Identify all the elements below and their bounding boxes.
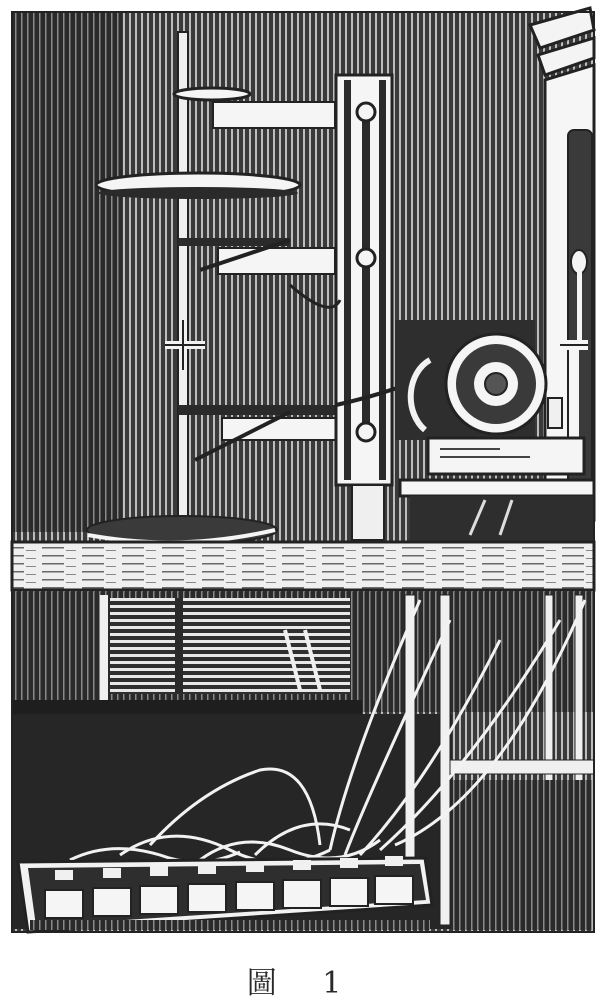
engraving-illustration xyxy=(0,0,606,945)
figure-caption: 圖 1 xyxy=(0,958,606,1002)
top-disc xyxy=(174,88,250,100)
battery-array xyxy=(18,856,432,932)
workbench xyxy=(12,542,594,590)
